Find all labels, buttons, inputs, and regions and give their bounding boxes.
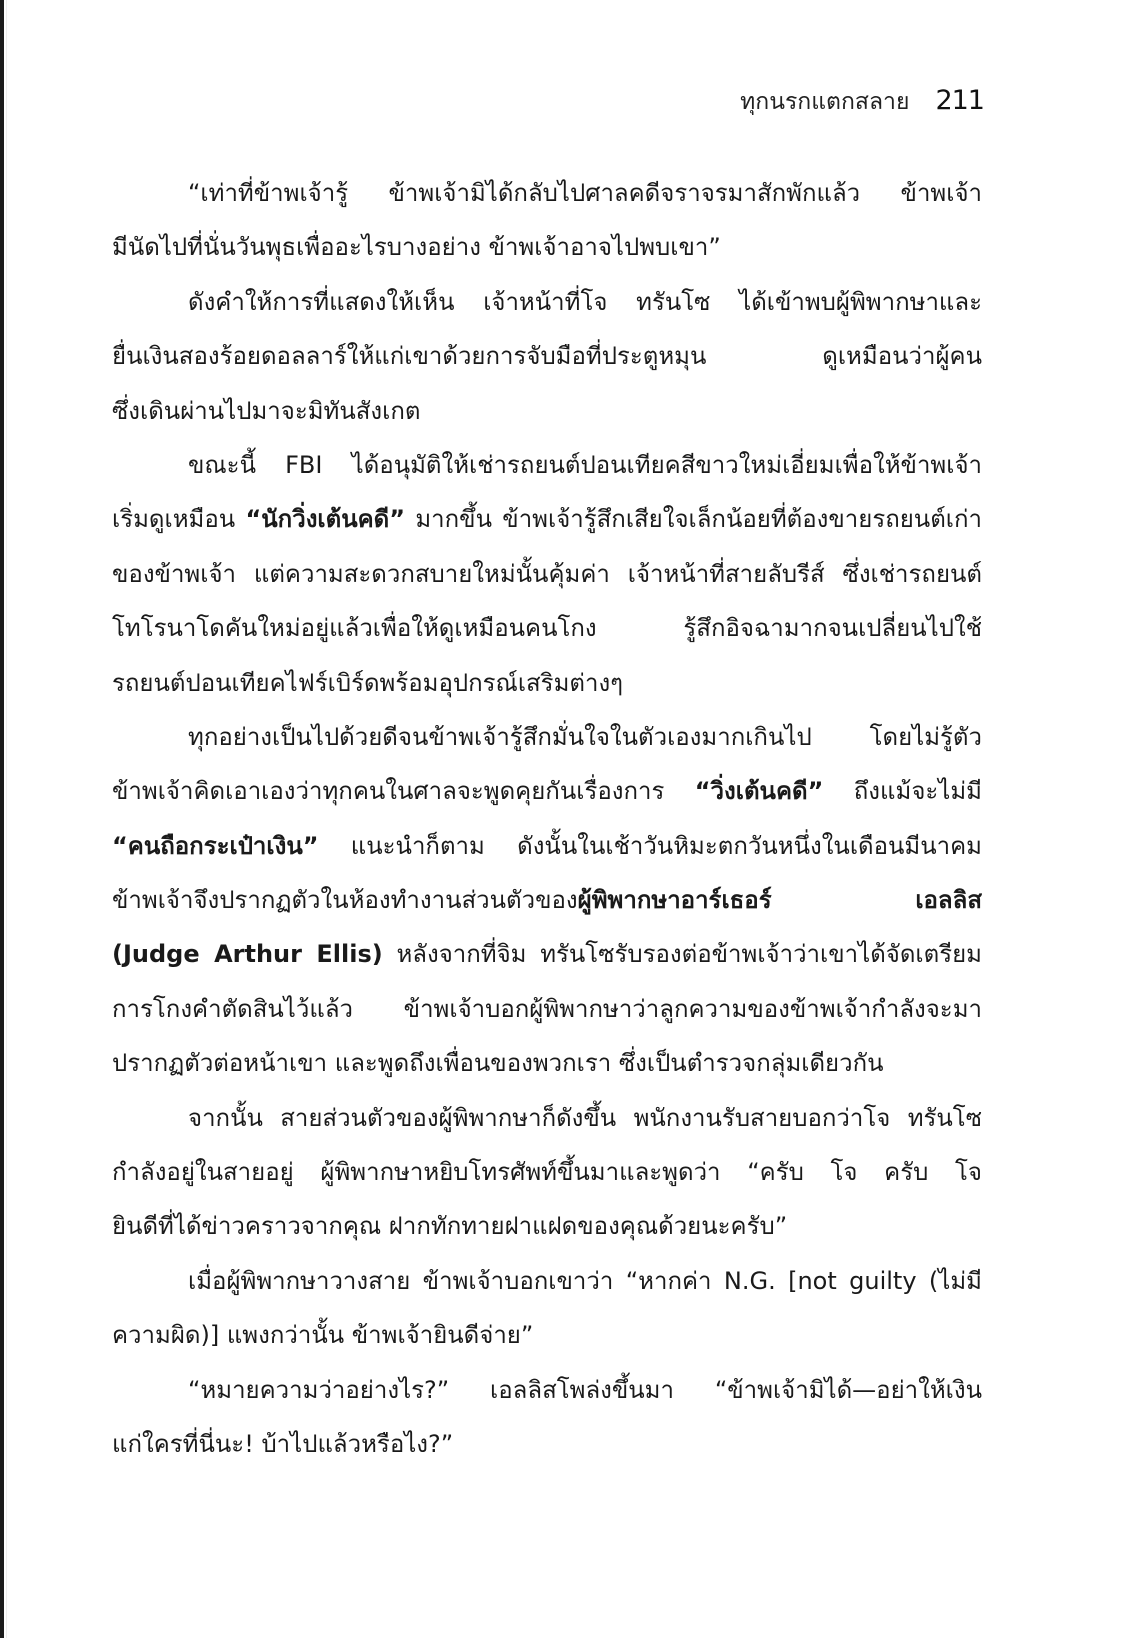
- text-line: รถยนต์ปอนเทียคไฟร์เบิร์ดพร้อมอุปกรณ์เสริ…: [112, 656, 982, 710]
- text-line: ยื่นเงินสองร้อยดอลลาร์ให้แก่เขาด้วยการจั…: [112, 329, 982, 383]
- page-edge-border: [0, 0, 4, 1638]
- text-segment: โทโรนาโดคันใหม่อยู่แล้วเพื่อให้ดูเหมือนค…: [112, 614, 982, 642]
- text-segment: ดังคำให้การที่แสดงให้เห็น เจ้าหน้าที่โจ …: [188, 288, 982, 316]
- text-segment: มากขึ้น ข้าพเจ้ารู้สึกเสียใจเล็กน้อยที่ต…: [405, 505, 982, 533]
- bold-term: “คนถือกระเป๋าเงิน”: [112, 832, 319, 860]
- text-line: ความผิด)] แพงกว่านั้น ข้าพเจ้ายินดีจ่าย”: [112, 1308, 982, 1362]
- text-segment: หลังจากที่จิม ทรันโซรับรองต่อข้าพเจ้าว่า…: [383, 940, 982, 968]
- text-line: ยินดีที่ได้ข่าวคราวจากคุณ ฝากทักทายฝาแฝด…: [112, 1199, 982, 1253]
- text-line: การโกงคำตัดสินไว้แล้ว ข้าพเจ้าบอกผู้พิพา…: [112, 982, 982, 1036]
- text-segment: ของข้าพเจ้า แต่ความสะดวกสบายใหม่นั้นคุ้ม…: [112, 560, 982, 588]
- bold-term: ผู้พิพากษาอาร์เธอร์ เอลลิส: [578, 886, 982, 914]
- text-line: ข้าพเจ้าจึงปรากฏตัวในห้องทำงานส่วนตัวของ…: [112, 873, 982, 927]
- text-line: โทโรนาโดคันใหม่อยู่แล้วเพื่อให้ดูเหมือนค…: [112, 601, 982, 655]
- body-text: “เท่าที่ข้าพเจ้ารู้ ข้าพเจ้ามิได้กลับไปศ…: [112, 166, 982, 1471]
- text-line: เมื่อผู้พิพากษาวางสาย ข้าพเจ้าบอกเขาว่า …: [112, 1254, 982, 1308]
- text-segment: ยื่นเงินสองร้อยดอลลาร์ให้แก่เขาด้วยการจั…: [112, 342, 982, 370]
- text-segment: ทุกอย่างเป็นไปด้วยดีจนข้าพเจ้ารู้สึกมั่น…: [188, 723, 982, 751]
- page-header: ทุกนรกแตกสลาย 211: [740, 84, 984, 124]
- text-line: “คนถือกระเป๋าเงิน” แนะนำก็ตาม ดังนั้นในเ…: [112, 819, 982, 873]
- text-line: กำลังอยู่ในสายอยู่ ผู้พิพากษาหยิบโทรศัพท…: [112, 1145, 982, 1199]
- text-line: (Judge Arthur Ellis) หลังจากที่จิม ทรันโ…: [112, 927, 982, 981]
- text-segment: “หมายความว่าอย่างไร?” เอลลิสโพล่งขึ้นมา …: [188, 1376, 982, 1404]
- text-segment: ข้าพเจ้าจึงปรากฏตัวในห้องทำงานส่วนตัวของ: [112, 886, 578, 914]
- text-segment: ปรากฏตัวต่อหน้าเขา และพูดถึงเพื่อนของพวก…: [112, 1049, 884, 1077]
- bold-term: (Judge Arthur Ellis): [112, 940, 383, 968]
- text-segment: ถึงแม้จะไม่มี: [823, 777, 982, 805]
- text-segment: มีนัดไปที่นั่นวันพุธเพื่ออะไรบางอย่าง ข้…: [112, 233, 721, 261]
- text-segment: “เท่าที่ข้าพเจ้ารู้ ข้าพเจ้ามิได้กลับไปศ…: [188, 179, 982, 207]
- page-edge-shadow: [6, 0, 7, 1638]
- text-line: ปรากฏตัวต่อหน้าเขา และพูดถึงเพื่อนของพวก…: [112, 1036, 982, 1090]
- text-segment: แนะนำก็ตาม ดังนั้นในเช้าวันหิมะตกวันหนึ่…: [319, 832, 982, 860]
- text-line: ขณะนี้ FBI ได้อนุมัติให้เช่ารถยนต์ปอนเที…: [112, 438, 982, 492]
- text-segment: ขณะนี้ FBI ได้อนุมัติให้เช่ารถยนต์ปอนเที…: [188, 451, 982, 479]
- text-segment: ความผิด)] แพงกว่านั้น ข้าพเจ้ายินดีจ่าย”: [112, 1321, 533, 1349]
- text-segment: ข้าพเจ้าคิดเอาเองว่าทุกคนในศาลจะพูดคุยกั…: [112, 777, 695, 805]
- text-line: แก่ใครที่นี่นะ! บ้าไปแล้วหรือไง?”: [112, 1417, 982, 1471]
- text-line: ข้าพเจ้าคิดเอาเองว่าทุกคนในศาลจะพูดคุยกั…: [112, 764, 982, 818]
- text-line: ของข้าพเจ้า แต่ความสะดวกสบายใหม่นั้นคุ้ม…: [112, 547, 982, 601]
- text-segment: ซึ่งเดินผ่านไปมาจะมิทันสังเกต: [112, 397, 420, 425]
- text-line: มีนัดไปที่นั่นวันพุธเพื่ออะไรบางอย่าง ข้…: [112, 220, 982, 274]
- text-segment: ยินดีที่ได้ข่าวคราวจากคุณ ฝากทักทายฝาแฝด…: [112, 1212, 787, 1240]
- text-segment: กำลังอยู่ในสายอยู่ ผู้พิพากษาหยิบโทรศัพท…: [112, 1158, 982, 1186]
- text-line: “เท่าที่ข้าพเจ้ารู้ ข้าพเจ้ามิได้กลับไปศ…: [112, 166, 982, 220]
- text-line: ดังคำให้การที่แสดงให้เห็น เจ้าหน้าที่โจ …: [112, 275, 982, 329]
- text-segment: เมื่อผู้พิพากษาวางสาย ข้าพเจ้าบอกเขาว่า …: [188, 1267, 982, 1295]
- text-line: “หมายความว่าอย่างไร?” เอลลิสโพล่งขึ้นมา …: [112, 1363, 982, 1417]
- text-segment: เริ่มดูเหมือน: [112, 505, 246, 533]
- text-segment: แก่ใครที่นี่นะ! บ้าไปแล้วหรือไง?”: [112, 1430, 453, 1458]
- bold-term: “นักวิ่งเต้นคดี”: [246, 505, 406, 533]
- text-segment: การโกงคำตัดสินไว้แล้ว ข้าพเจ้าบอกผู้พิพา…: [112, 995, 982, 1023]
- text-line: จากนั้น สายส่วนตัวของผู้พิพากษาก็ดังขึ้น…: [112, 1091, 982, 1145]
- text-line: ซึ่งเดินผ่านไปมาจะมิทันสังเกต: [112, 384, 982, 438]
- text-line: เริ่มดูเหมือน “นักวิ่งเต้นคดี” มากขึ้น ข…: [112, 492, 982, 546]
- running-title: ทุกนรกแตกสลาย: [740, 84, 909, 120]
- text-segment: จากนั้น สายส่วนตัวของผู้พิพากษาก็ดังขึ้น…: [188, 1104, 982, 1132]
- text-line: ทุกอย่างเป็นไปด้วยดีจนข้าพเจ้ารู้สึกมั่น…: [112, 710, 982, 764]
- bold-term: “วิ่งเต้นคดี”: [695, 777, 824, 805]
- text-segment: รถยนต์ปอนเทียคไฟร์เบิร์ดพร้อมอุปกรณ์เสริ…: [112, 669, 623, 697]
- page-number: 211: [935, 85, 984, 116]
